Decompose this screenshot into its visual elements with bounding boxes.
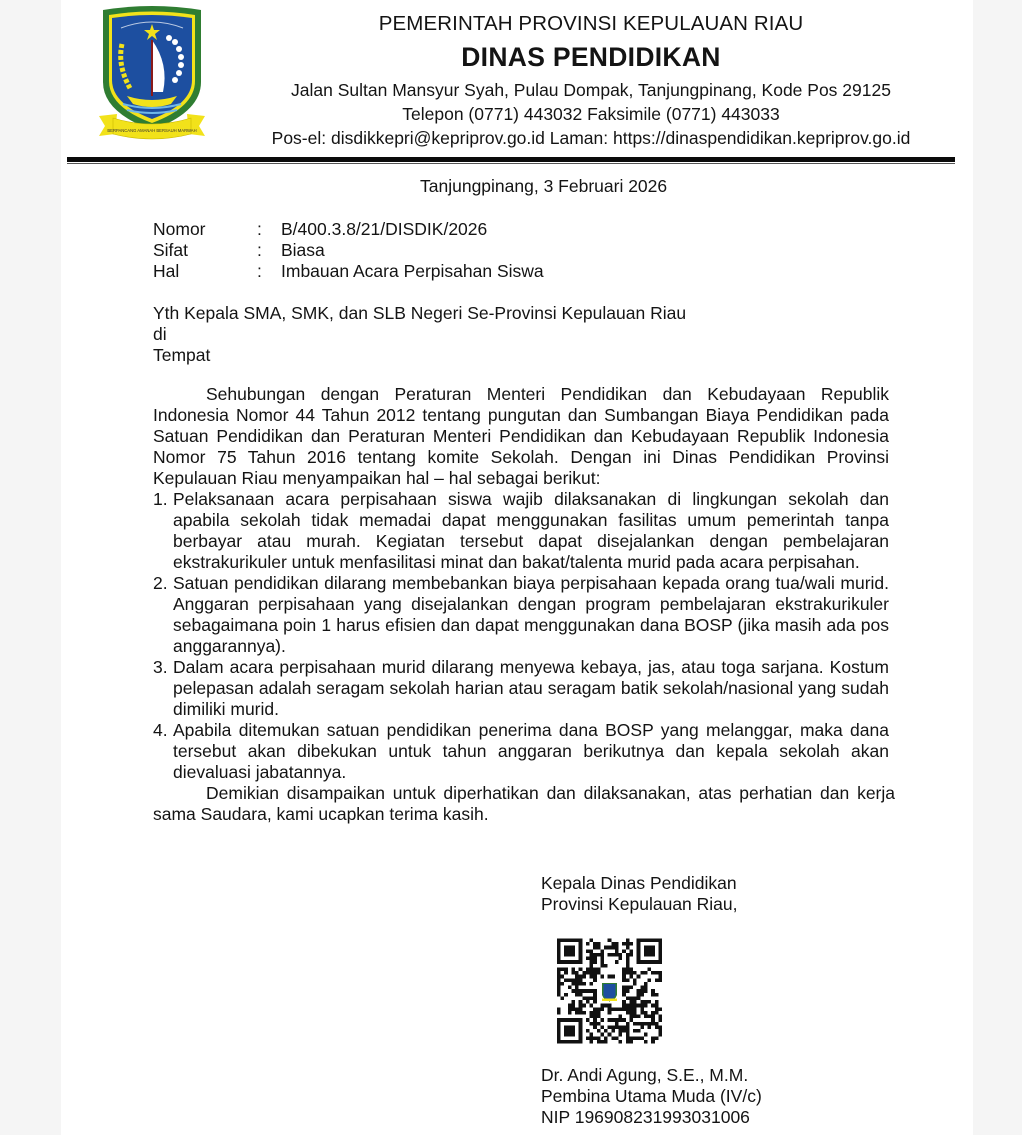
letter-page: BERPANCANG AMANAH BERSAUH MARWAH PEMERIN… [61, 0, 973, 1135]
recipient-place: Tempat [153, 345, 210, 366]
signer-rank: Pembina Utama Muda (IV/c) [541, 1086, 762, 1107]
meta-value: Biasa [281, 240, 325, 261]
meta-label: Sifat [153, 240, 188, 261]
agency-address: Jalan Sultan Mansyur Syah, Pulau Dompak,… [221, 80, 961, 101]
list-item: 3. Dalam acara perpisahaan murid dilaran… [153, 657, 889, 720]
list-text: Pelaksanaan acara perpisahaan siswa waji… [173, 489, 889, 573]
agency-contact: Pos-el: disdikkepri@kepriprov.go.id Lama… [221, 128, 961, 149]
recipient-line: Yth Kepala SMA, SMK, dan SLB Negeri Se-P… [153, 303, 686, 324]
meta-separator: : [257, 240, 262, 261]
agency-name: DINAS PENDIDIKAN [221, 42, 961, 73]
letter-date: Tanjungpinang, 3 Februari 2026 [420, 176, 667, 197]
meta-label: Nomor [153, 219, 206, 240]
list-item: 1. Pelaksanaan acara perpisahaan siswa w… [153, 489, 889, 573]
list-text: Satuan pendidikan dilarang membebankan b… [173, 573, 889, 657]
list-number: 4. [153, 720, 168, 741]
meta-separator: : [257, 261, 262, 282]
meta-separator: : [257, 219, 262, 240]
meta-value: Imbauan Acara Perpisahan Siswa [281, 261, 544, 282]
signer-office: Provinsi Kepulauan Riau, [541, 894, 738, 915]
agency-phone: Telepon (0771) 443032 Faksimile (0771) 4… [221, 104, 961, 125]
provinsi-kepulauan-riau-crest-icon: BERPANCANG AMANAH BERSAUH MARWAH [97, 4, 207, 142]
letter-body: Sehubungan dengan Peraturan Menteri Pend… [153, 384, 889, 825]
list-number: 2. [153, 573, 168, 594]
recipient-di: di [153, 324, 167, 345]
intro-paragraph: Sehubungan dengan Peraturan Menteri Pend… [153, 384, 889, 489]
signer-name: Dr. Andi Agung, S.E., M.M. [541, 1065, 748, 1086]
government-name: PEMERINTAH PROVINSI KEPULAUAN RIAU [221, 12, 961, 36]
signer-nip: NIP 196908231993031006 [541, 1107, 750, 1128]
list-item: 4. Apabila ditemukan satuan pendidikan p… [153, 720, 889, 783]
closing-paragraph: Demikian disampaikan untuk diperhatikan … [153, 783, 895, 825]
list-item: 2. Satuan pendidikan dilarang membebanka… [153, 573, 889, 657]
letterhead-divider [67, 157, 955, 162]
qr-code-signature-icon [557, 938, 662, 1044]
list-number: 1. [153, 489, 168, 510]
list-text: Apabila ditemukan satuan pendidikan pene… [173, 720, 889, 783]
list-text: Dalam acara perpisahaan murid dilarang m… [173, 657, 889, 720]
list-number: 3. [153, 657, 168, 678]
svg-text:BERPANCANG AMANAH BERSAUH MARW: BERPANCANG AMANAH BERSAUH MARWAH [107, 128, 196, 133]
letterhead-divider-thin [67, 163, 955, 164]
meta-label: Hal [153, 261, 179, 282]
signer-title: Kepala Dinas Pendidikan [541, 873, 737, 894]
meta-value: B/400.3.8/21/DISDIK/2026 [281, 219, 487, 240]
